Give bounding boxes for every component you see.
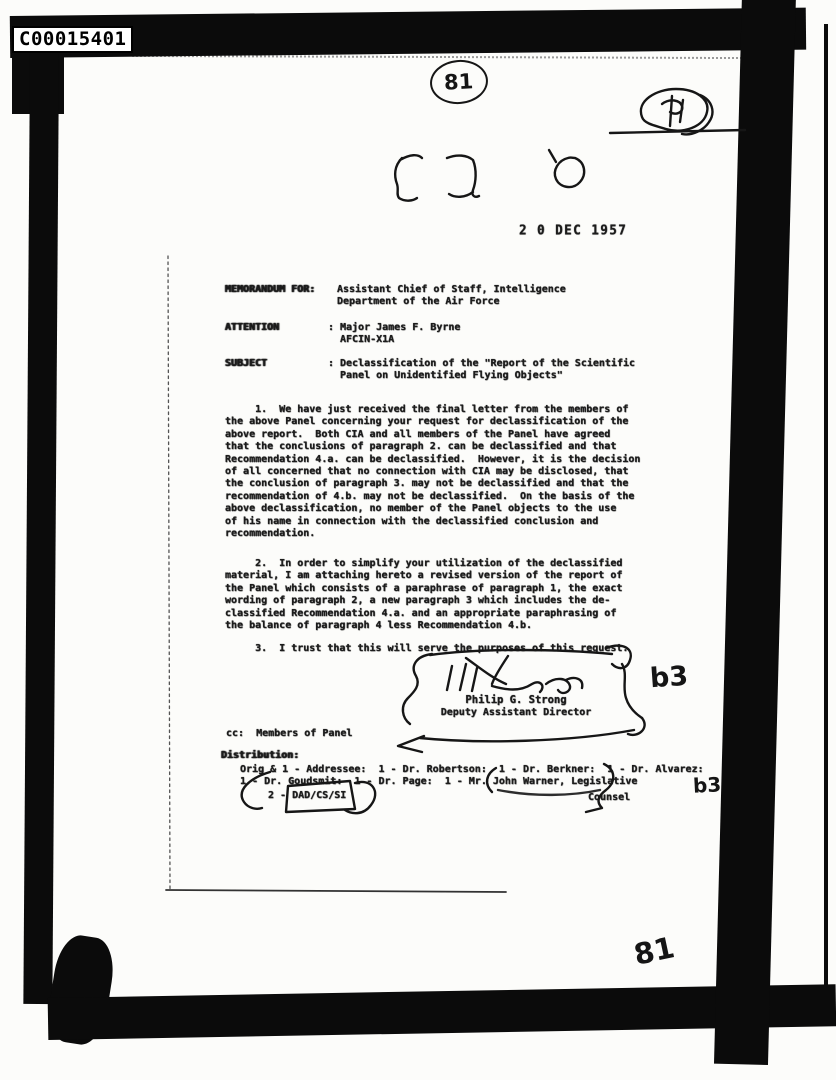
fold-line-horizontal [166,890,506,892]
b3-annotation-lower: b3 [692,772,721,797]
fold-line-vertical [168,256,170,889]
subject-separator: : [328,358,334,370]
tick-circle-annotation [549,150,584,187]
distribution-line-3: 2 - DAD/CS/SI [268,790,346,802]
signature-title: Deputy Assistant Director [404,707,628,719]
signature-name: Philip G. Strong [408,694,624,706]
attention-separator: : [328,322,334,334]
photocopy-border-left [23,52,59,1004]
document-id-label: C00015401 [12,26,133,53]
photocopy-border-right [714,0,796,1065]
photocopy-edge-line-right [824,24,828,1019]
memo-for-label: MEMORANDUM FOR: [225,284,315,296]
paragraph-3: 3. I trust that this will serve the purp… [225,643,628,655]
subject-value: Declassification of the "Report of the S… [340,358,635,383]
distribution-counsel: Counsel [588,792,630,804]
distribution-label: Distribution: [221,750,299,762]
attention-label: ATTENTION [225,322,279,334]
circled-number-annotation: 81 [428,58,490,107]
circled-scribble-annotation [610,89,745,134]
paragraph-2: 2. In order to simplify your utilization… [225,558,622,632]
handwritten-signature [447,656,582,693]
circled-number-text: 81 [444,69,474,94]
attention-value: Major James F. Byrne AFCIN-X1A [340,322,460,347]
paragraph-1: 1. We have just received the final lette… [225,404,640,540]
b3-annotation-upper: b3 [649,661,689,695]
subject-label: SUBJECT [225,358,267,370]
date-stamp: 2 0 DEC 1957 [519,224,627,237]
bracket-marks-annotation [395,155,479,200]
memo-for-value: Assistant Chief of Staff, Intelligence D… [337,284,566,309]
cc-line: cc: Members of Panel [226,728,352,740]
scanned-memo-page: C00015401 2 0 DEC 1957 MEMORANDUM FOR: A… [0,0,836,1080]
page-number-annotation: 81 [631,930,678,972]
distribution-line-1-2: Orig & 1 - Addressee: 1 - Dr. Robertson:… [240,764,704,789]
